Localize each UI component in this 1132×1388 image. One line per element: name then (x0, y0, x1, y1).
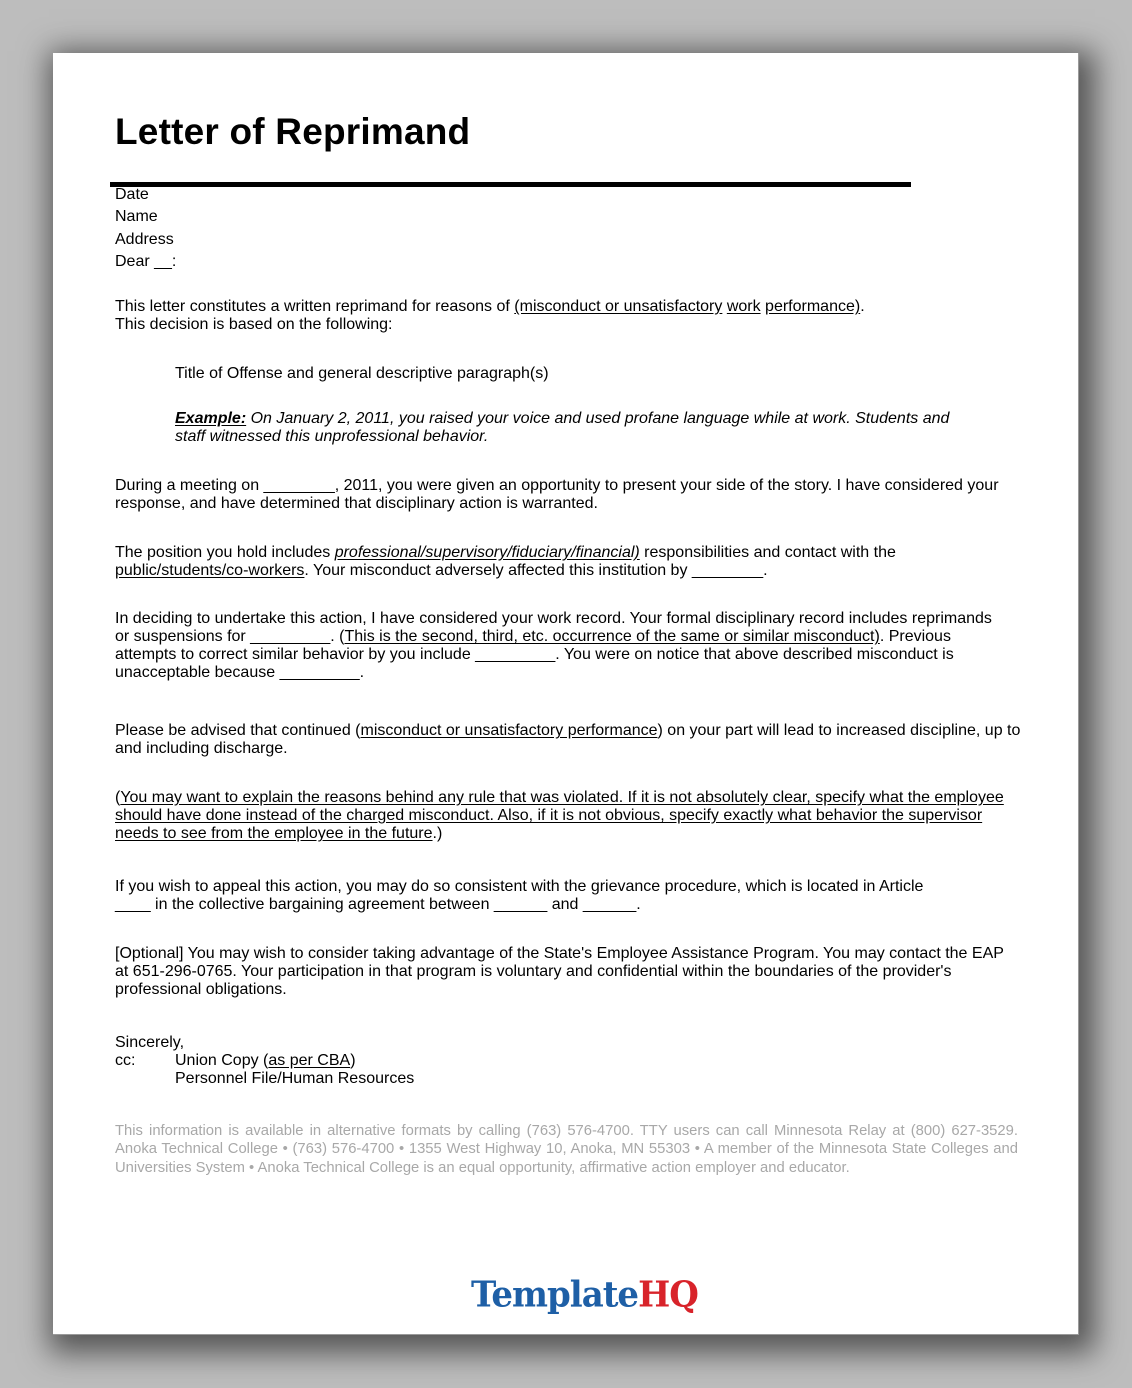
address-field: Address (115, 231, 176, 253)
logo-part-hq: HQ (638, 1274, 698, 1316)
name-field: Name (115, 208, 176, 230)
paragraph-meeting: During a meeting on ________, 2011, you … (115, 477, 1025, 513)
document-title: Letter of Reprimand (115, 111, 470, 153)
paragraph-reason: This letter constitutes a written reprim… (115, 298, 895, 334)
title-rule (110, 182, 911, 187)
document-page: Letter of Reprimand Date Name Address De… (53, 53, 1079, 1335)
date-field: Date (115, 186, 176, 208)
paragraph-eap: [Optional] You may wish to consider taki… (115, 945, 1015, 999)
cc-line-2: Personnel File/Human Resources (115, 1070, 1025, 1088)
paragraph-position: The position you hold includes professio… (115, 544, 995, 580)
paragraph-explain: (You may want to explain the reasons beh… (115, 789, 1015, 843)
paragraph-advised: Please be advised that continued (miscon… (115, 722, 1025, 758)
paragraph-appeal: If you wish to appeal this action, you m… (115, 878, 955, 914)
paragraph-record: In deciding to undertake this action, I … (115, 610, 1005, 682)
closing-block: Sincerely, cc: Union Copy (as per CBA) P… (115, 1034, 1025, 1088)
cc-line-1: cc: Union Copy (as per CBA) (115, 1052, 1025, 1070)
logo-part-template: Template (471, 1274, 638, 1316)
footer-note: This information is available in alterna… (115, 1122, 1018, 1177)
templatehq-logo: TemplateHQ (471, 1274, 698, 1316)
header-fields: Date Name Address Dear __: (115, 186, 176, 276)
cc-label: cc: (115, 1052, 175, 1070)
closing: Sincerely, (115, 1034, 1025, 1052)
offense-title: Title of Offense and general descriptive… (175, 365, 1005, 383)
salutation-field: Dear __: (115, 253, 176, 275)
example-paragraph: Example: On January 2, 2011, you raised … (175, 410, 975, 446)
example-label: Example: (175, 410, 246, 427)
